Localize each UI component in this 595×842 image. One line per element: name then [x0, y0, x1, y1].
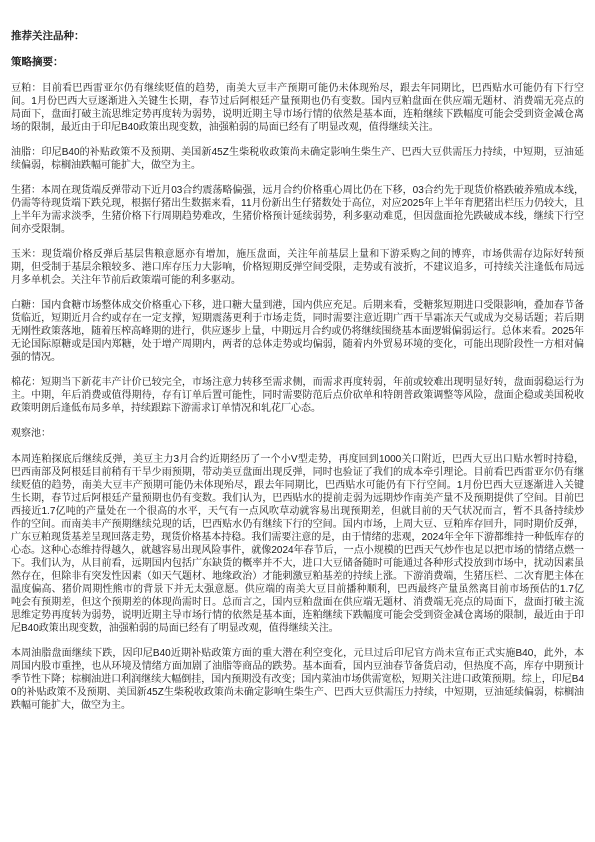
strategy-paragraph-yumi: 玉米：现货端价格反弹后基层售粮意愿亦有增加，施压盘面，关注年前基层上量和下游采购… [11, 248, 584, 287]
watchlist-paragraph-doupo: 本周连粕探底后继续反弹，美豆主力3月合约近期经历了一个小V型走势，再度回到100… [11, 453, 584, 635]
report-page: 推荐关注品种： 策略摘要： 豆粕：目前看巴西雷亚尔仍有继续贬值的趋势，南美大豆丰… [0, 0, 595, 842]
strategy-paragraph-doupo: 豆粕：目前看巴西雷亚尔仍有继续贬值的趋势，南美大豆丰产预期可能仍未体现殆尽，跟去… [11, 82, 584, 134]
section-heading-recommend: 推荐关注品种： [11, 30, 584, 43]
watchlist-paragraph-youzhi: 本周油脂盘面继续下跌，因印尼B40近期补贴政策方面的重大潜在利空变化，元旦过后印… [11, 647, 584, 712]
strategy-paragraph-mianhua: 棉花：短期当下新花丰产计价已较完全，市场注意力转移至需求侧，而需求再度转弱，年前… [11, 376, 584, 415]
strategy-paragraph-baitang: 白糖：国内食糖市场整体成交价格重心下移，进口糖大量到港，国内供应充足。后期来看，… [11, 299, 584, 364]
strategy-paragraph-shengzhu: 生猪：本周在现货端反弹带动下近月03合约震荡略偏强，远月合约价格重心周比仍在下移… [11, 184, 584, 236]
section-heading-strategy: 策略摘要： [11, 56, 584, 69]
section-heading-watchlist: 观察池： [11, 427, 584, 440]
report-content: 推荐关注品种： 策略摘要： 豆粕：目前看巴西雷亚尔仍有继续贬值的趋势，南美大豆丰… [0, 0, 595, 712]
strategy-paragraph-youzhi: 油脂：印尼B40的补贴政策不及预期、美国新45Z生柴税收政策尚未确定影响生柴生产… [11, 146, 584, 172]
